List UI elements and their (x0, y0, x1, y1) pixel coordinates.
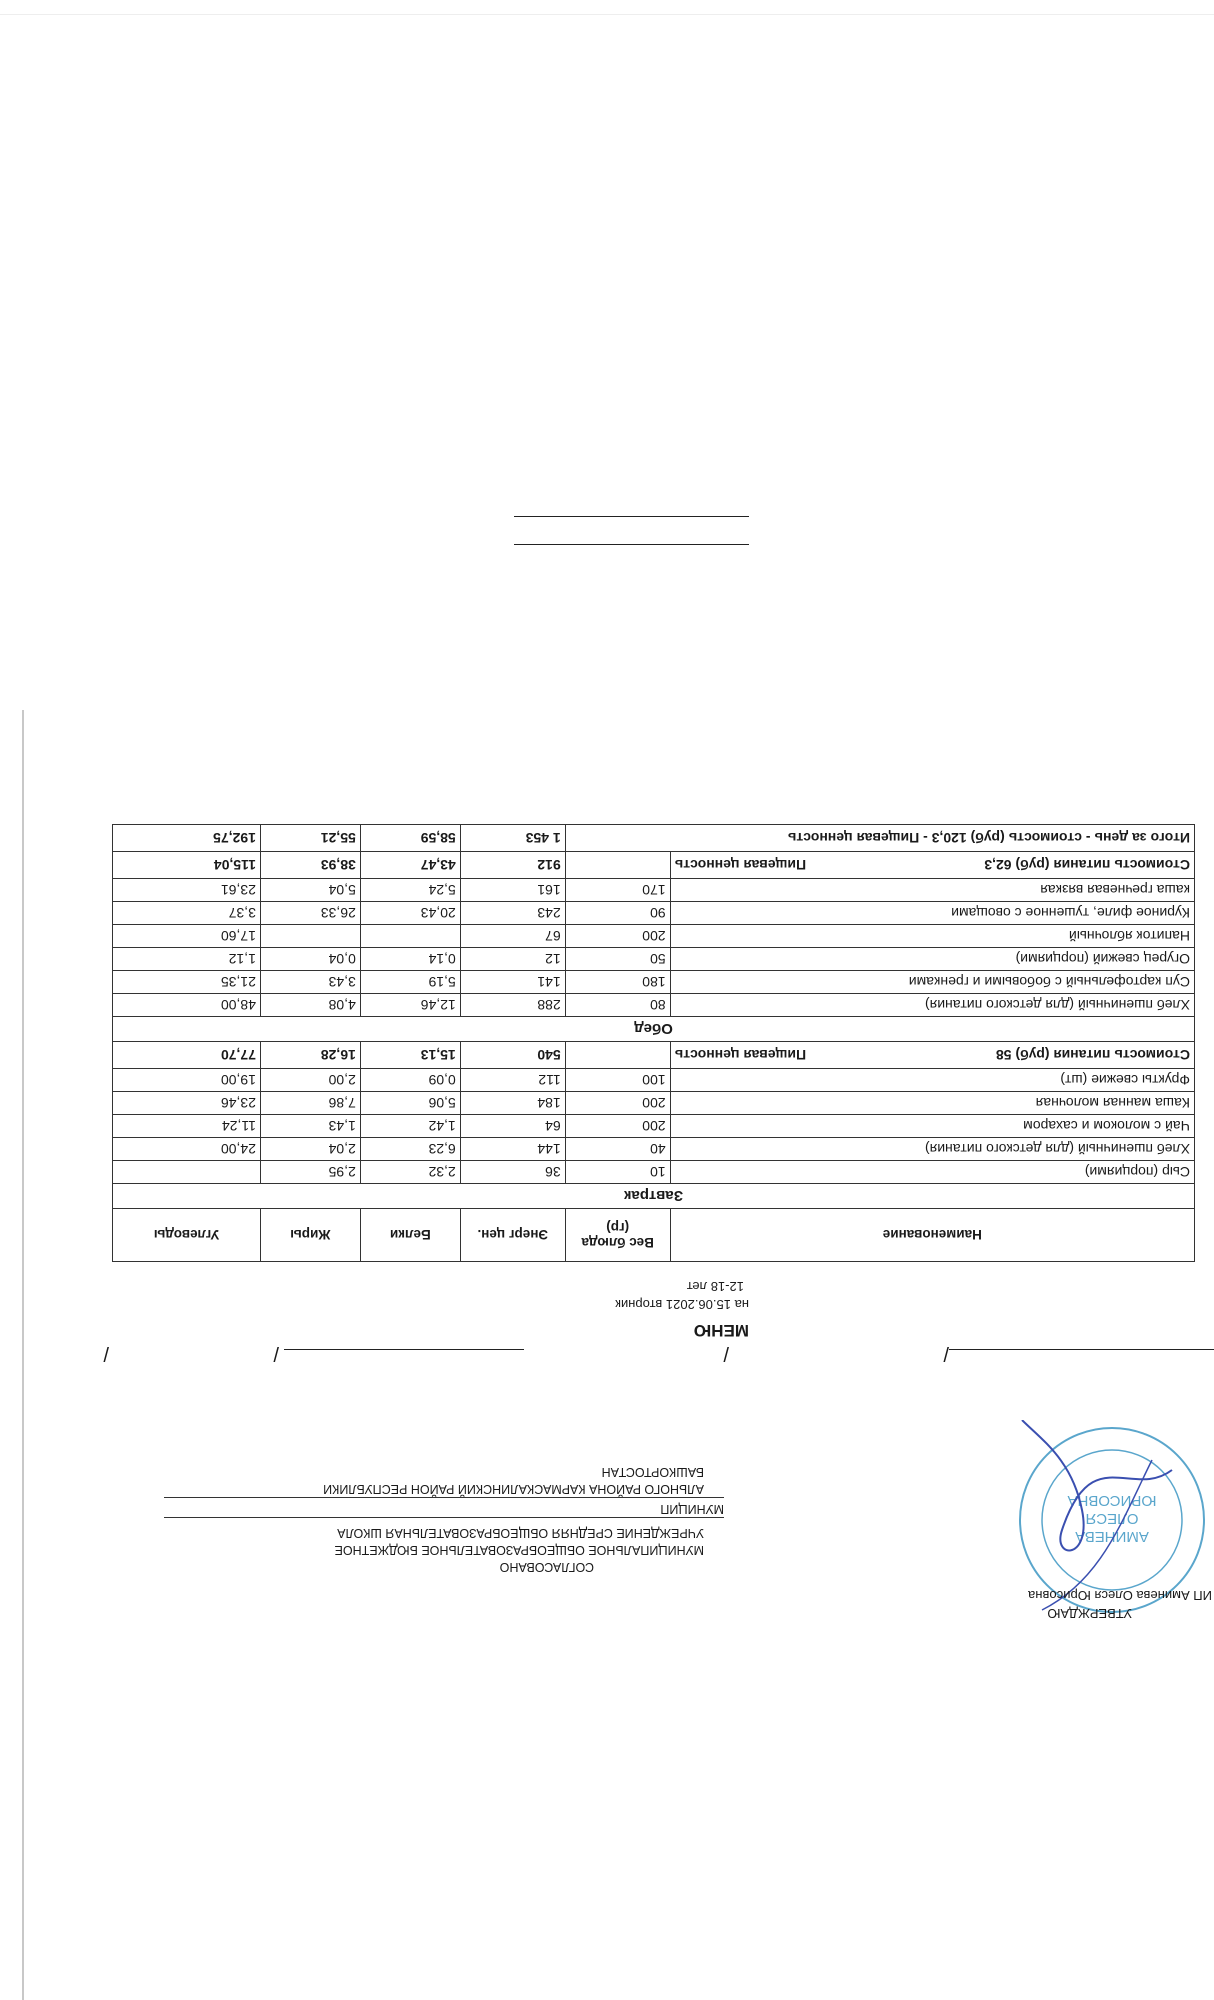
fat-total: 16,28 (260, 1042, 360, 1069)
protein-total: 15,13 (360, 1042, 460, 1069)
approval-person: ИП Аминева Олеся Юрисовна (1028, 1586, 1212, 1604)
fat: 4,08 (260, 994, 360, 1017)
protein: 2,32 (360, 1161, 460, 1184)
energy: 64 (460, 1115, 565, 1138)
weight: 50 (565, 948, 670, 971)
carbs: 3,37 (113, 902, 261, 925)
col-protein: Белки (360, 1209, 460, 1262)
weight: 180 (565, 971, 670, 994)
day-total-label: Итого за день - стоимость (руб) 120,3 - … (565, 825, 1194, 852)
fat-day: 55,21 (260, 825, 360, 852)
svg-text:АМИНЕВА: АМИНЕВА (1075, 1528, 1149, 1545)
weight: 90 (565, 902, 670, 925)
fat: 26,33 (260, 902, 360, 925)
carbs-total: 77,70 (113, 1042, 261, 1069)
slash-mark: / (273, 1341, 279, 1364)
day-total-row: Итого за день - стоимость (руб) 120,3 - … (113, 825, 1195, 852)
protein-day: 58,59 (360, 825, 460, 852)
dish-name: каша гречневая вязкая (670, 879, 1194, 902)
col-fat: Жиры (260, 1209, 360, 1262)
carbs: 19,00 (113, 1069, 261, 1092)
energy: 144 (460, 1138, 565, 1161)
carbs (113, 1161, 261, 1184)
section-row: Завтрак (113, 1184, 1195, 1209)
protein: 0,09 (360, 1069, 460, 1092)
carbs: 21,35 (113, 971, 261, 994)
weight: 200 (565, 1115, 670, 1138)
menu-title: МЕНЮ (694, 1320, 749, 1340)
blank-lines (514, 489, 749, 545)
fat: 2,00 (260, 1069, 360, 1092)
fat: 0,04 (260, 948, 360, 971)
fat (260, 925, 360, 948)
protein-total: 43,47 (360, 852, 460, 879)
slash-mark: / (103, 1341, 109, 1364)
weight: 80 (565, 994, 670, 1017)
dish-name: Хлеб пшеничный (для детского питания) (670, 994, 1194, 1017)
protein: 5,06 (360, 1092, 460, 1115)
energy-total: 912 (460, 852, 565, 879)
district-line-2: БАШКОРТОСТАН (164, 1463, 704, 1480)
section-title: Завтрак (113, 1184, 1195, 1209)
agreement-title: СОГЛАСОВАНО (164, 1558, 704, 1575)
protein: 0,14 (360, 948, 460, 971)
table-row: Огурец свежий (порциями)50120,140,041,12 (113, 948, 1195, 971)
cost-label: Стоимость питания (руб) 58Пищевая ценнос… (670, 1042, 1194, 1069)
svg-text:ОЛЕСЯ: ОЛЕСЯ (1085, 1510, 1138, 1527)
fat: 3,43 (260, 971, 360, 994)
fat: 2,04 (260, 1138, 360, 1161)
table-header: Наименование Вес блюда (гр) Энерг цен. Б… (113, 1209, 1195, 1262)
dish-name: Сыр (порциями) (670, 1161, 1194, 1184)
weight: 200 (565, 1092, 670, 1115)
energy: 36 (460, 1161, 565, 1184)
col-weight: Вес блюда (гр) (565, 1209, 670, 1262)
energy-day: 1 453 (460, 825, 565, 852)
approval-block: УТВЕРЖДАЮ ИП Аминева Олеся Юрисовна (1028, 1586, 1212, 1622)
agreement-block: СОГЛАСОВАНО МУНИЦИПАЛЬНОЕ ОБЩЕОБРАЗОВАТЕ… (164, 1463, 704, 1575)
org-line-2: УЧРЕЖДЕНИЕ СРЕДНЯЯ ОБЩЕОБРАЗОВАТЕЛЬНАЯ Ш… (164, 1524, 704, 1541)
protein: 12,46 (360, 994, 460, 1017)
dish-name: Напиток яблочный (670, 925, 1194, 948)
total-row: Стоимость питания (руб) 62,3Пищевая ценн… (113, 852, 1195, 879)
energy: 161 (460, 879, 565, 902)
col-carbs: Углеводы (113, 1209, 261, 1262)
fat: 1,43 (260, 1115, 360, 1138)
slash-mark: / (723, 1341, 729, 1364)
carbs: 48,00 (113, 994, 261, 1017)
table-row: Фрукты свежие (шт)1001120,092,0019,00 (113, 1069, 1195, 1092)
weight: 10 (565, 1161, 670, 1184)
dish-name: Огурец свежий (порциями) (670, 948, 1194, 971)
protein: 5,19 (360, 971, 460, 994)
carbs: 1,12 (113, 948, 261, 971)
energy: 141 (460, 971, 565, 994)
table-row: Сыр (порциями)10362,322,95 (113, 1161, 1195, 1184)
col-name: Наименование (670, 1209, 1194, 1262)
total-row: Стоимость питания (руб) 58Пищевая ценнос… (113, 1042, 1195, 1069)
scan-edge (0, 14, 1214, 15)
section-title: Обед (113, 1017, 1195, 1042)
table-row: Куриное филе, тушенное с овощами9024320,… (113, 902, 1195, 925)
document-page: АМИНЕВА ОЛЕСЯ ЮРИСОВНА УТВЕРЖДАЮ ИП Амин… (0, 0, 1214, 2000)
table-row: Суп картофельный с бобовыми и гренками18… (113, 971, 1195, 994)
energy: 67 (460, 925, 565, 948)
protein: 5,24 (360, 879, 460, 902)
carbs: 24,00 (113, 1138, 261, 1161)
fat: 7,86 (260, 1092, 360, 1115)
protein: 20,43 (360, 902, 460, 925)
protein (360, 925, 460, 948)
scan-edge (22, 710, 24, 2000)
signature-line (949, 1349, 1214, 1350)
protein: 6,23 (360, 1138, 460, 1161)
weight: 100 (565, 1069, 670, 1092)
dish-name: Каша манная молочная (670, 1092, 1194, 1115)
energy: 184 (460, 1092, 565, 1115)
weight: 170 (565, 879, 670, 902)
protein: 1,42 (360, 1115, 460, 1138)
table-row: Каша манная молочная2001845,067,8623,46 (113, 1092, 1195, 1115)
weight: 40 (565, 1138, 670, 1161)
energy-total: 540 (460, 1042, 565, 1069)
table-row: Напиток яблочный2006717,60 (113, 925, 1195, 948)
slash-mark: / (943, 1341, 949, 1364)
table-row: Чай с молоком и сахаром200641,421,4311,2… (113, 1115, 1195, 1138)
energy: 12 (460, 948, 565, 971)
approval-title: УТВЕРЖДАЮ (1028, 1604, 1212, 1622)
carbs: 17,60 (113, 925, 261, 948)
dish-name: Хлеб пшеничный (для детского питания) (670, 1138, 1194, 1161)
muni-label: МУНИЦИП (164, 1500, 724, 1517)
fat: 2,95 (260, 1161, 360, 1184)
dish-name: Чай с молоком и сахаром (670, 1115, 1194, 1138)
dish-name: Куриное филе, тушенное с овощами (670, 902, 1194, 925)
fat-total: 38,93 (260, 852, 360, 879)
carbs-day: 192,75 (113, 825, 261, 852)
menu-table: Наименование Вес блюда (гр) Энерг цен. Б… (112, 824, 1195, 1262)
section-row: Обед (113, 1017, 1195, 1042)
dish-name: Фрукты свежие (шт) (670, 1069, 1194, 1092)
carbs: 11,24 (113, 1115, 261, 1138)
carbs-total: 115,04 (113, 852, 261, 879)
table-row: Хлеб пшеничный (для детского питания)802… (113, 994, 1195, 1017)
energy: 288 (460, 994, 565, 1017)
cost-label: Стоимость питания (руб) 62,3Пищевая ценн… (670, 852, 1194, 879)
carbs: 23,61 (113, 879, 261, 902)
menu-date: на 15.06.2021 вторник (615, 1297, 749, 1312)
energy: 112 (460, 1069, 565, 1092)
dish-name: Суп картофельный с бобовыми и гренками (670, 971, 1194, 994)
signature-line (284, 1349, 524, 1350)
col-energy: Энерг цен. (460, 1209, 565, 1262)
fat: 5,04 (260, 879, 360, 902)
district-line-1: АЛЬНОГО РАЙОНА КАРМАСКАЛИНСКИЙ РАЙОН РЕС… (164, 1480, 704, 1497)
energy: 243 (460, 902, 565, 925)
table-row: Хлеб пшеничный (для детского питания)401… (113, 1138, 1195, 1161)
org-line-1: МУНИЦИПАЛЬНОЕ ОБЩЕОБРАЗОВАТЕЛЬНОЕ БЮДЖЕТ… (164, 1541, 704, 1558)
table-row: каша гречневая вязкая1701615,245,0423,61 (113, 879, 1195, 902)
menu-age: 12-18 лет (687, 1279, 744, 1294)
weight: 200 (565, 925, 670, 948)
carbs: 23,46 (113, 1092, 261, 1115)
